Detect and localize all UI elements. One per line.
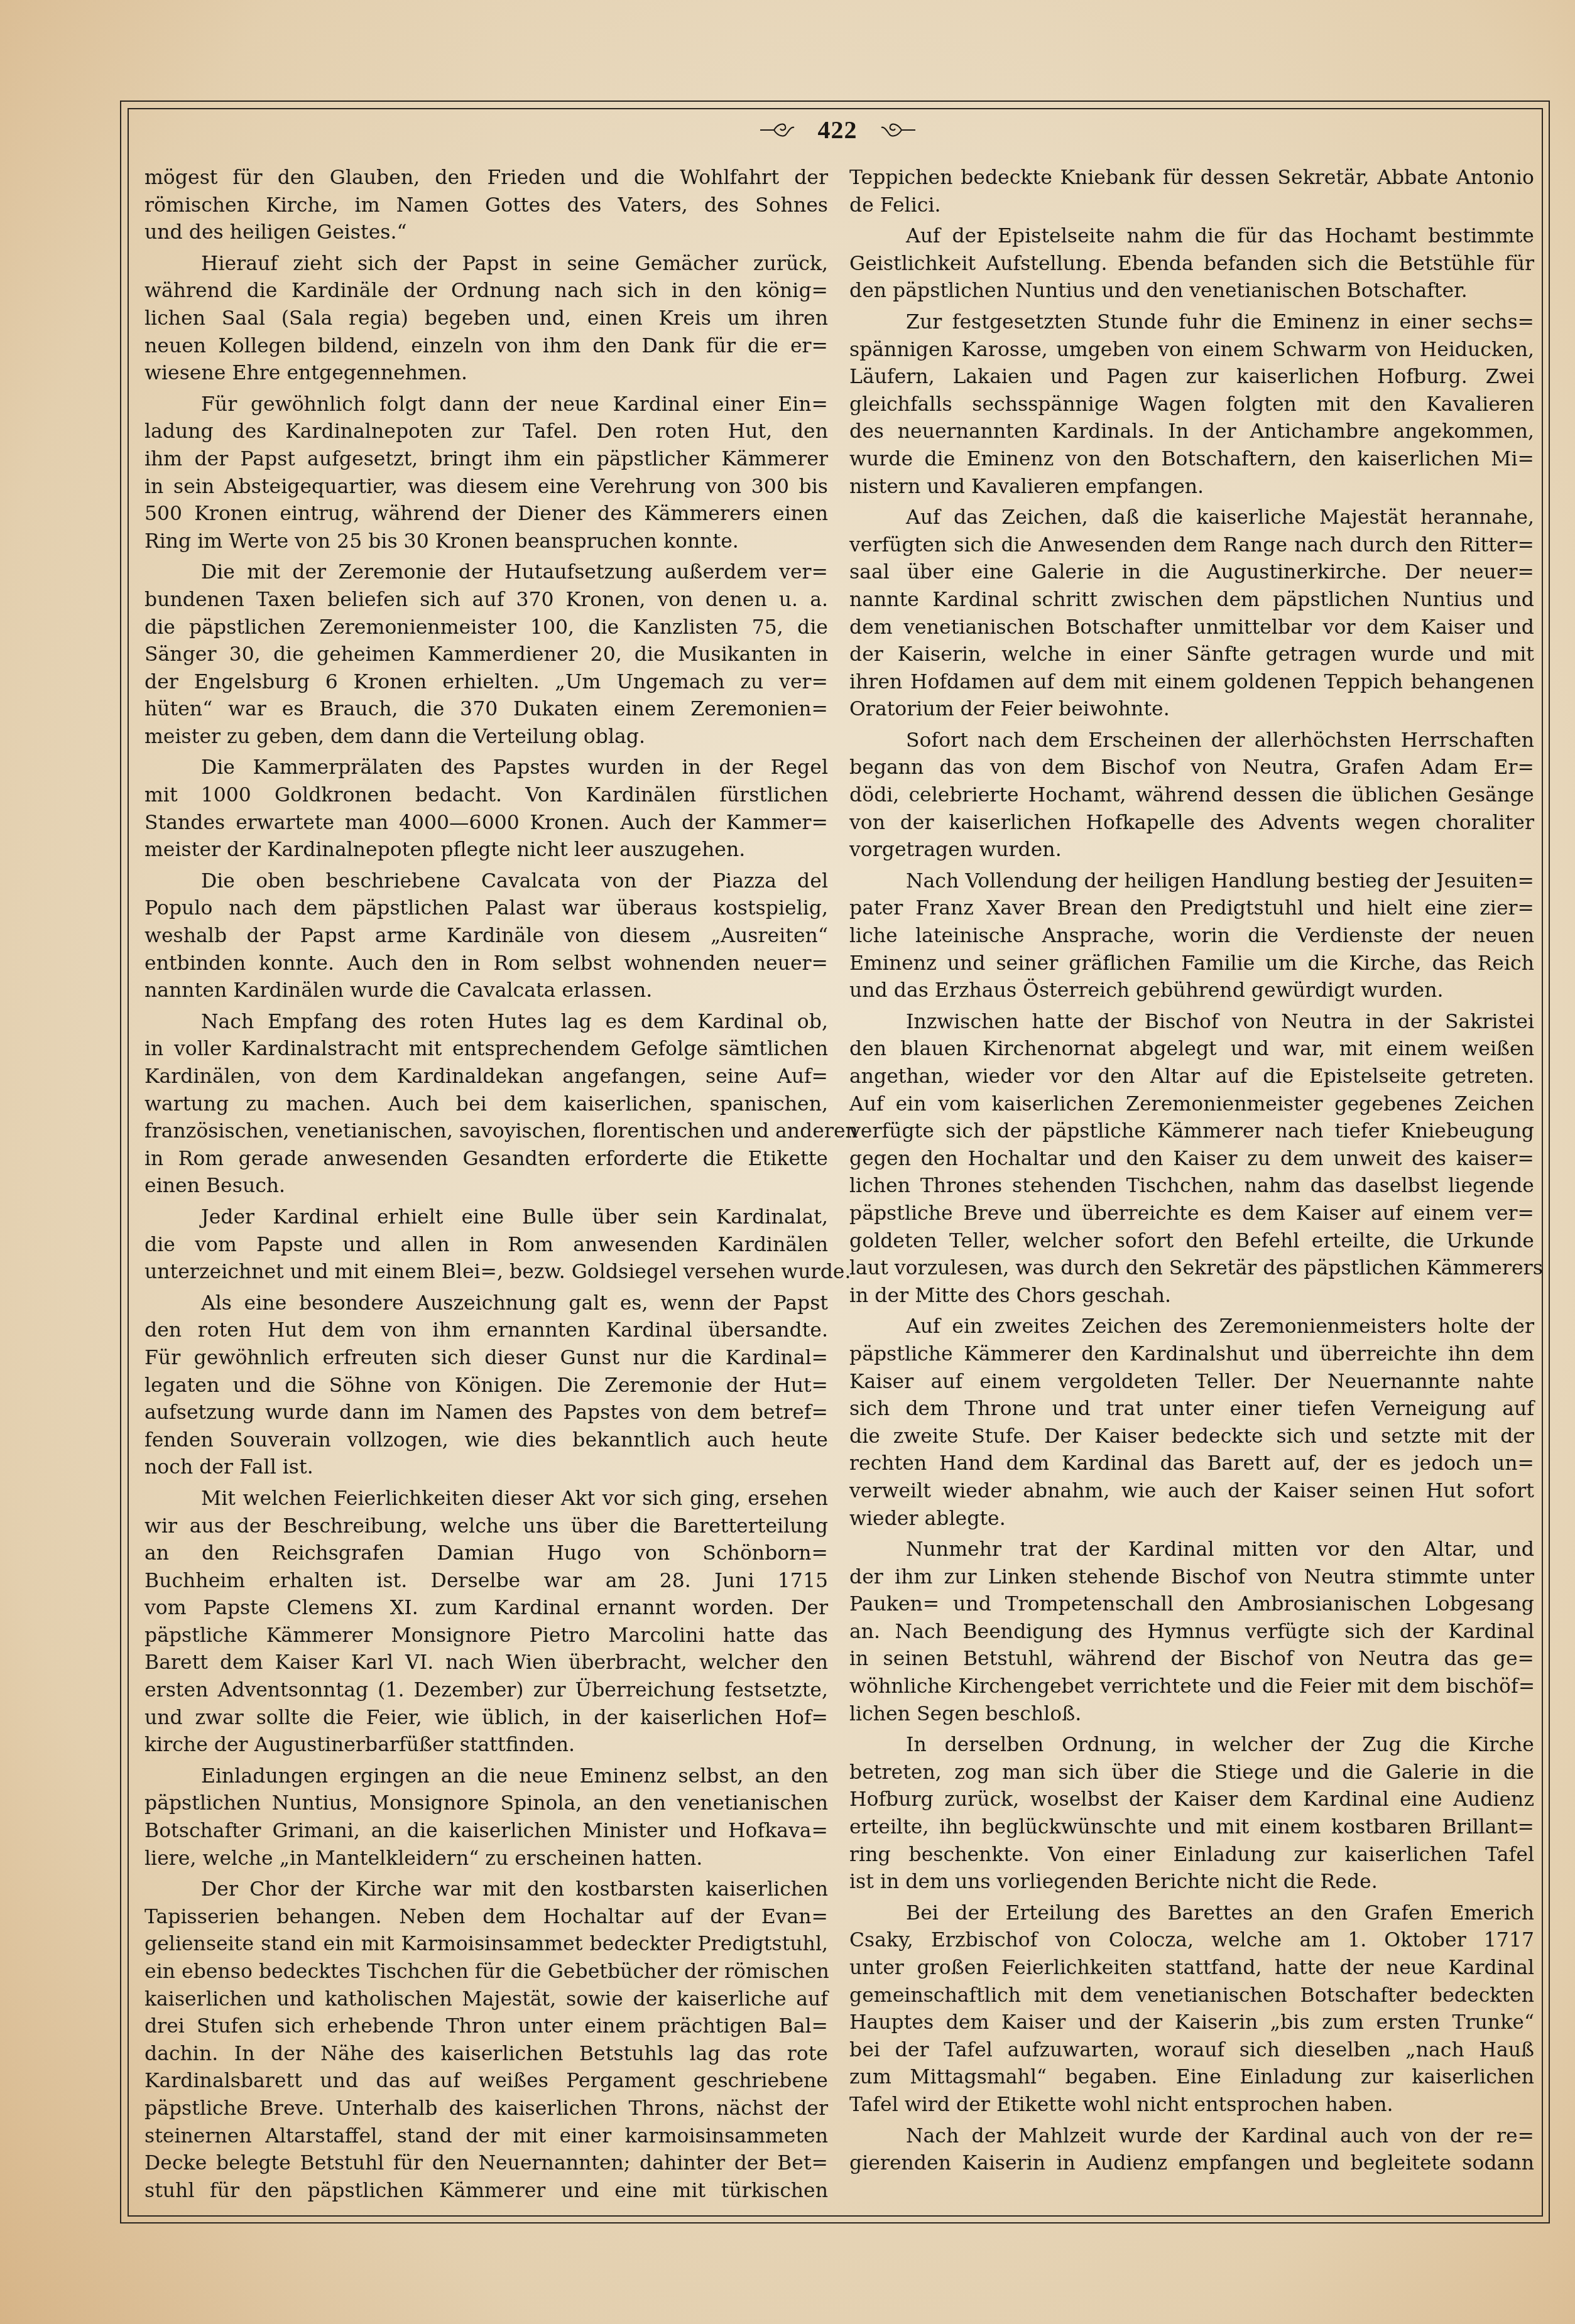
text-line: Auf der Epistelseite nahm die für das Ho… <box>849 223 1534 251</box>
text-line: Auf ein vom kaiserlichen Zeremonienmeist… <box>849 1091 1534 1119</box>
text-line: nistern und Kavalieren empfangen. <box>849 474 1534 501</box>
paragraph: Auf das Zeichen, daß die kaiserliche Maj… <box>849 504 1534 724</box>
text-line: gemeinschaftlich mit dem venetianischen … <box>849 1982 1534 2010</box>
text-line: und des heiligen Geistes.“ <box>144 219 828 247</box>
text-line: päpstliche Kämmerer den Kardinalshut und… <box>849 1341 1534 1369</box>
text-line: päpstliche Breve und überreichte es dem … <box>849 1200 1534 1228</box>
paragraph: Jeder Kardinal erhielt eine Bulle über s… <box>144 1204 828 1286</box>
text-line: de Felici. <box>849 192 1534 220</box>
text-line: wurde die Eminenz von den Botschaftern, … <box>849 446 1534 474</box>
text-line: laut vorzulesen, was durch den Sekretär … <box>849 1255 1534 1283</box>
text-line: steinernen Altarstaffel, stand der mit e… <box>144 2123 828 2151</box>
paragraph: Teppichen bedeckte Kniebank für dessen S… <box>849 165 1534 219</box>
text-line: noch der Fall ist. <box>144 1454 828 1482</box>
text-column-right: Teppichen bedeckte Kniebank für dessen S… <box>849 165 1534 2178</box>
text-line: ring beschenkte. Von einer Einladung zur… <box>849 1842 1534 1869</box>
paragraph: Nach Empfang des roten Hutes lag es dem … <box>144 1009 828 1200</box>
text-line: Die mit der Zeremonie der Hutaufsetzung … <box>144 559 828 587</box>
text-line: Nunmehr trat der Kardinal mitten vor den… <box>849 1536 1534 1564</box>
text-line: wir aus der Beschreibung, welche uns übe… <box>144 1513 828 1541</box>
text-line: Teppichen bedeckte Kniebank für dessen S… <box>849 165 1534 192</box>
text-line: Kaiser auf einem vergoldeten Teller. Der… <box>849 1369 1534 1396</box>
text-line: kaiserlichen und katholischen Majestät, … <box>144 1986 828 2014</box>
flourish-left-icon <box>759 120 797 139</box>
text-line: lichen Thrones stehenden Tischchen, nahm… <box>849 1173 1534 1200</box>
text-line: kirche der Augustinerbarfüßer stattfinde… <box>144 1732 828 1759</box>
text-line: vorgetragen wurden. <box>849 837 1534 864</box>
text-line: päpstliche Kämmerer Monsignore Pietro Ma… <box>144 1622 828 1650</box>
text-line: die zweite Stufe. Der Kaiser bedeckte si… <box>849 1423 1534 1451</box>
text-line: verfügte sich der päpstliche Kämmerer na… <box>849 1118 1534 1146</box>
text-line: goldeten Teller, welcher sofort den Befe… <box>849 1228 1534 1256</box>
text-line: Auf das Zeichen, daß die kaiserliche Maj… <box>849 504 1534 532</box>
text-line: Buchheim erhalten ist. Derselbe war am 2… <box>144 1568 828 1595</box>
text-line: Nach der Mahlzeit wurde der Kardinal auc… <box>849 2123 1534 2151</box>
flourish-right-icon <box>879 120 917 139</box>
text-line: ersten Adventsonntag (1. Dezember) zur Ü… <box>144 1677 828 1705</box>
text-line: liche lateinische Ansprache, worin die V… <box>849 923 1534 950</box>
text-line: meister zu geben, dem dann die Verteilun… <box>144 724 828 751</box>
text-line: in seinen Betstuhl, während der Bischof … <box>849 1646 1534 1673</box>
text-line: 500 Kronen eintrug, während der Diener d… <box>144 501 828 528</box>
text-line: den blauen Kirchenornat abgelegt und war… <box>849 1036 1534 1063</box>
paragraph: Auf ein zweites Zeichen des Zeremonienme… <box>849 1313 1534 1533</box>
text-line: Auf ein zweites Zeichen des Zeremonienme… <box>849 1313 1534 1341</box>
text-line: römischen Kirche, im Namen Gottes des Va… <box>144 192 828 220</box>
text-line: Als eine besondere Auszeichnung galt es,… <box>144 1290 828 1318</box>
text-line: Tafel wird der Etikette wohl nicht entsp… <box>849 2092 1534 2119</box>
text-line: der Kaiserin, welche in einer Sänfte get… <box>849 641 1534 669</box>
paragraph: Zur festgesetzten Stunde fuhr die Eminen… <box>849 309 1534 501</box>
text-line: Für gewöhnlich folgt dann der neue Kardi… <box>144 391 828 419</box>
text-line: betreten, zog man sich über die Stiege u… <box>849 1759 1534 1787</box>
text-line: Pauken= und Trompetenschall den Ambrosia… <box>849 1591 1534 1619</box>
text-line: Die Kammerprälaten des Papstes wurden in… <box>144 754 828 782</box>
text-line: ihren Hofdamen auf dem mit einem goldene… <box>849 669 1534 697</box>
text-line: gleichfalls sechsspännige Wagen folgten … <box>849 391 1534 419</box>
text-line: weshalb der Papst arme Kardinäle von die… <box>144 923 828 950</box>
text-line: in Rom gerade anwesenden Gesandten erfor… <box>144 1146 828 1173</box>
text-line: Tapisserien behangen. Neben dem Hochalta… <box>144 1904 828 1931</box>
text-line: drei Stufen sich erhebende Thron unter e… <box>144 2013 828 2041</box>
page-header: 422 <box>712 111 963 148</box>
paragraph: Nach Vollendung der heiligen Handlung be… <box>849 868 1534 1005</box>
paragraph: mögest für den Glauben, den Frieden und … <box>144 165 828 247</box>
text-line: den roten Hut dem von ihm ernannten Kard… <box>144 1317 828 1345</box>
text-line: Standes erwartete man 4000—6000 Kronen. … <box>144 810 828 837</box>
text-line: Bei der Erteilung des Barettes an den Gr… <box>849 1900 1534 1928</box>
text-line: der ihm zur Linken stehende Bischof von … <box>849 1564 1534 1592</box>
text-line: ihm der Papst aufgesetzt, bringt ihm ein… <box>144 446 828 474</box>
paragraph: Auf der Epistelseite nahm die für das Ho… <box>849 223 1534 305</box>
text-line: Barett dem Kaiser Karl VI. nach Wien übe… <box>144 1649 828 1677</box>
text-line: Jeder Kardinal erhielt eine Bulle über s… <box>144 1204 828 1232</box>
text-line: mögest für den Glauben, den Frieden und … <box>144 165 828 192</box>
text-line: hüten“ war es Brauch, die 370 Dukaten ei… <box>144 696 828 724</box>
text-line: zum Mittagsmahl“ begaben. Eine Einladung… <box>849 2064 1534 2092</box>
paragraph: In derselben Ordnung, in welcher der Zug… <box>849 1732 1534 1896</box>
text-line: päpstlichen Nuntius, Monsignore Spinola,… <box>144 1790 828 1818</box>
paragraph: Sofort nach dem Erscheinen der allerhöch… <box>849 727 1534 864</box>
text-line: und zwar sollte die Feier, wie üblich, i… <box>144 1705 828 1732</box>
text-line: Nach Empfang des roten Hutes lag es dem … <box>144 1009 828 1036</box>
text-line: gegen den Hochaltar und den Kaiser zu de… <box>849 1146 1534 1173</box>
text-line: Hierauf zieht sich der Papst in seine Ge… <box>144 251 828 278</box>
text-line: vom Papste Clemens XI. zum Kardinal erna… <box>144 1595 828 1622</box>
text-line: an den Reichsgrafen Damian Hugo von Schö… <box>144 1540 828 1568</box>
paragraph: Bei der Erteilung des Barettes an den Gr… <box>849 1900 1534 2119</box>
text-line: Hofburg zurück, woselbst der Kaiser dem … <box>849 1786 1534 1814</box>
text-line: nannten Kardinälen wurde die Cavalcata e… <box>144 977 828 1005</box>
text-line: ein ebenso bedecktes Tischchen für die G… <box>144 1958 828 1986</box>
text-line: während die Kardinäle der Ordnung nach s… <box>144 278 828 305</box>
text-line: erteilte, ihn beglückwünschte und mit ei… <box>849 1814 1534 1842</box>
text-line: meister der Kardinalnepoten pflegte nich… <box>144 837 828 864</box>
paragraph: Inzwischen hatte der Bischof von Neutra … <box>849 1009 1534 1310</box>
text-line: französischen, venetianischen, savoyisch… <box>144 1118 828 1146</box>
text-line: und das Erzhaus Österreich gebührend gew… <box>849 977 1534 1005</box>
text-line: dachin. In der Nähe des kaiserlichen Bet… <box>144 2041 828 2068</box>
text-line: lichen Saal (Sala regia) begeben und, ei… <box>144 305 828 333</box>
text-line: Botschafter Grimani, an die kaiserlichen… <box>144 1818 828 1845</box>
text-line: fenden Souverain vollzogen, wie dies bek… <box>144 1427 828 1455</box>
text-line: bei der Tafel aufzuwarten, worauf sich d… <box>849 2037 1534 2065</box>
text-line: Zur festgesetzten Stunde fuhr die Eminen… <box>849 309 1534 337</box>
text-line: unter großen Feierlichkeiten stattfand, … <box>849 1955 1534 1982</box>
text-line: In derselben Ordnung, in welcher der Zug… <box>849 1732 1534 1759</box>
text-line: Ring im Werte von 25 bis 30 Kronen beans… <box>144 528 828 556</box>
text-line: nannte Kardinal schritt zwischen dem päp… <box>849 587 1534 614</box>
text-line: verweilt wieder abnahm, wie auch der Kai… <box>849 1478 1534 1506</box>
text-line: liere, welche „in Mantelkleidern“ zu ers… <box>144 1845 828 1873</box>
text-line: gelienseite stand ein mit Karmoisinsamme… <box>144 1931 828 1958</box>
text-line: pater Franz Xaver Brean den Predigtstuhl… <box>849 895 1534 923</box>
paragraph: Nach der Mahlzeit wurde der Kardinal auc… <box>849 2123 1534 2178</box>
text-line: des neuernannten Kardinals. In der Antic… <box>849 418 1534 446</box>
paragraph: Als eine besondere Auszeichnung galt es,… <box>144 1290 828 1482</box>
text-line: stuhl für den päpstlichen Kämmerer und e… <box>144 2178 828 2205</box>
text-line: bundenen Taxen beliefen sich auf 370 Kro… <box>144 587 828 614</box>
text-line: dödi, celebrierte Hochamt, während desse… <box>849 782 1534 810</box>
text-line: Eminenz und seiner gräflichen Familie um… <box>849 950 1534 978</box>
text-line: neuen Kollegen bildend, einzeln von ihm … <box>144 333 828 361</box>
text-line: ist in dem uns vorliegenden Berichte nic… <box>849 1869 1534 1896</box>
text-line: von der kaiserlichen Hofkapelle des Adve… <box>849 810 1534 837</box>
text-line: Inzwischen hatte der Bischof von Neutra … <box>849 1009 1534 1036</box>
text-line: Populo nach dem päpstlichen Palast war ü… <box>144 895 828 923</box>
text-line: angethan, wieder vor den Altar auf die E… <box>849 1063 1534 1091</box>
text-line: Sänger 30, die geheimen Kammerdiener 20,… <box>144 641 828 669</box>
paragraph: Nunmehr trat der Kardinal mitten vor den… <box>849 1536 1534 1728</box>
text-line: Sofort nach dem Erscheinen der allerhöch… <box>849 727 1534 755</box>
text-line: Csaky, Erzbischof von Colocza, welche am… <box>849 1927 1534 1955</box>
paragraph: Mit welchen Feierlichkeiten dieser Akt v… <box>144 1485 828 1759</box>
paragraph: Für gewöhnlich folgt dann der neue Kardi… <box>144 391 828 556</box>
text-line: wartung zu machen. Auch bei dem kaiserli… <box>144 1091 828 1119</box>
text-column-left: mögest für den Glauben, den Frieden und … <box>144 165 828 2205</box>
paragraph: Einladungen ergingen an die neue Eminenz… <box>144 1763 828 1872</box>
text-line: gierenden Kaiserin in Audienz empfangen … <box>849 2150 1534 2178</box>
text-line: Geistlichkeit Aufstellung. Ebenda befand… <box>849 251 1534 278</box>
text-line: an. Nach Beendigung des Hymnus verfügte … <box>849 1619 1534 1646</box>
text-line: verfügten sich die Anwesenden dem Range … <box>849 532 1534 560</box>
text-line: Hauptes dem Kaiser und der Kaiserin „bis… <box>849 2009 1534 2037</box>
text-line: begann das von dem Bischof von Neutra, G… <box>849 754 1534 782</box>
text-line: wiesene Ehre entgegennehmen. <box>144 360 828 388</box>
text-line: aufsetzung wurde dann im Namen des Papst… <box>144 1399 828 1427</box>
text-line: Kardinälen, von dem Kardinaldekan angefa… <box>144 1063 828 1091</box>
text-line: rechten Hand dem Kardinal das Barett auf… <box>849 1450 1534 1478</box>
paragraph: Der Chor der Kirche war mit den kostbars… <box>144 1876 828 2205</box>
text-line: Oratorium der Feier beiwohnte. <box>849 696 1534 724</box>
text-line: entbinden konnte. Auch den in Rom selbst… <box>144 950 828 978</box>
text-line: wöhnliche Kirchengebet verrichtete und d… <box>849 1673 1534 1701</box>
text-line: legaten und die Söhne von Königen. Die Z… <box>144 1372 828 1400</box>
text-line: päpstliche Breve. Unterhalb des kaiserli… <box>144 2095 828 2123</box>
text-line: mit 1000 Goldkronen bedacht. Von Kardinä… <box>144 782 828 810</box>
text-line: wieder ablegte. <box>849 1506 1534 1533</box>
text-line: Der Chor der Kirche war mit den kostbars… <box>144 1876 828 1904</box>
text-line: Die oben beschriebene Cavalcata von der … <box>144 868 828 896</box>
paragraph: Die Kammerprälaten des Papstes wurden in… <box>144 754 828 864</box>
text-line: Läufern, Lakaien und Pagen zur kaiserlic… <box>849 364 1534 391</box>
text-line: in sein Absteigequartier, was diesem ein… <box>144 474 828 501</box>
text-line: in voller Kardinalstracht mit entspreche… <box>144 1036 828 1063</box>
text-line: sich dem Throne und trat unter einer tie… <box>849 1396 1534 1423</box>
paragraph: Die oben beschriebene Cavalcata von der … <box>144 868 828 1005</box>
paragraph: Hierauf zieht sich der Papst in seine Ge… <box>144 251 828 388</box>
text-line: in der Mitte des Chors geschah. <box>849 1283 1534 1310</box>
text-line: Decke belegte Betstuhl für den Neuernann… <box>144 2150 828 2178</box>
text-line: dem venetianischen Botschafter unmittelb… <box>849 614 1534 642</box>
text-line: einen Besuch. <box>144 1173 828 1200</box>
text-line: die vom Papste und allen in Rom anwesend… <box>144 1232 828 1259</box>
text-line: Kardinalsbarett und das auf weißes Perga… <box>144 2068 828 2095</box>
text-line: lichen Segen beschloß. <box>849 1701 1534 1729</box>
text-line: Nach Vollendung der heiligen Handlung be… <box>849 868 1534 896</box>
text-line: die päpstlichen Zeremonienmeister 100, d… <box>144 614 828 642</box>
text-line: spännigen Karosse, umgeben von einem Sch… <box>849 337 1534 364</box>
text-line: unterzeichnet und mit einem Blei=, bezw.… <box>144 1259 828 1286</box>
text-line: den päpstlichen Nuntius und den venetian… <box>849 278 1534 305</box>
text-line: der Engelsburg 6 Kronen erhielten. „Um U… <box>144 669 828 697</box>
paragraph: Die mit der Zeremonie der Hutaufsetzung … <box>144 559 828 751</box>
text-line: Mit welchen Feierlichkeiten dieser Akt v… <box>144 1485 828 1513</box>
text-line: Einladungen ergingen an die neue Eminenz… <box>144 1763 828 1791</box>
text-line: Für gewöhnlich erfreuten sich dieser Gun… <box>144 1345 828 1372</box>
text-line: saal über eine Galerie in die Augustiner… <box>849 559 1534 587</box>
page-number: 422 <box>818 115 858 144</box>
text-line: ladung des Kardinalnepoten zur Tafel. De… <box>144 418 828 446</box>
